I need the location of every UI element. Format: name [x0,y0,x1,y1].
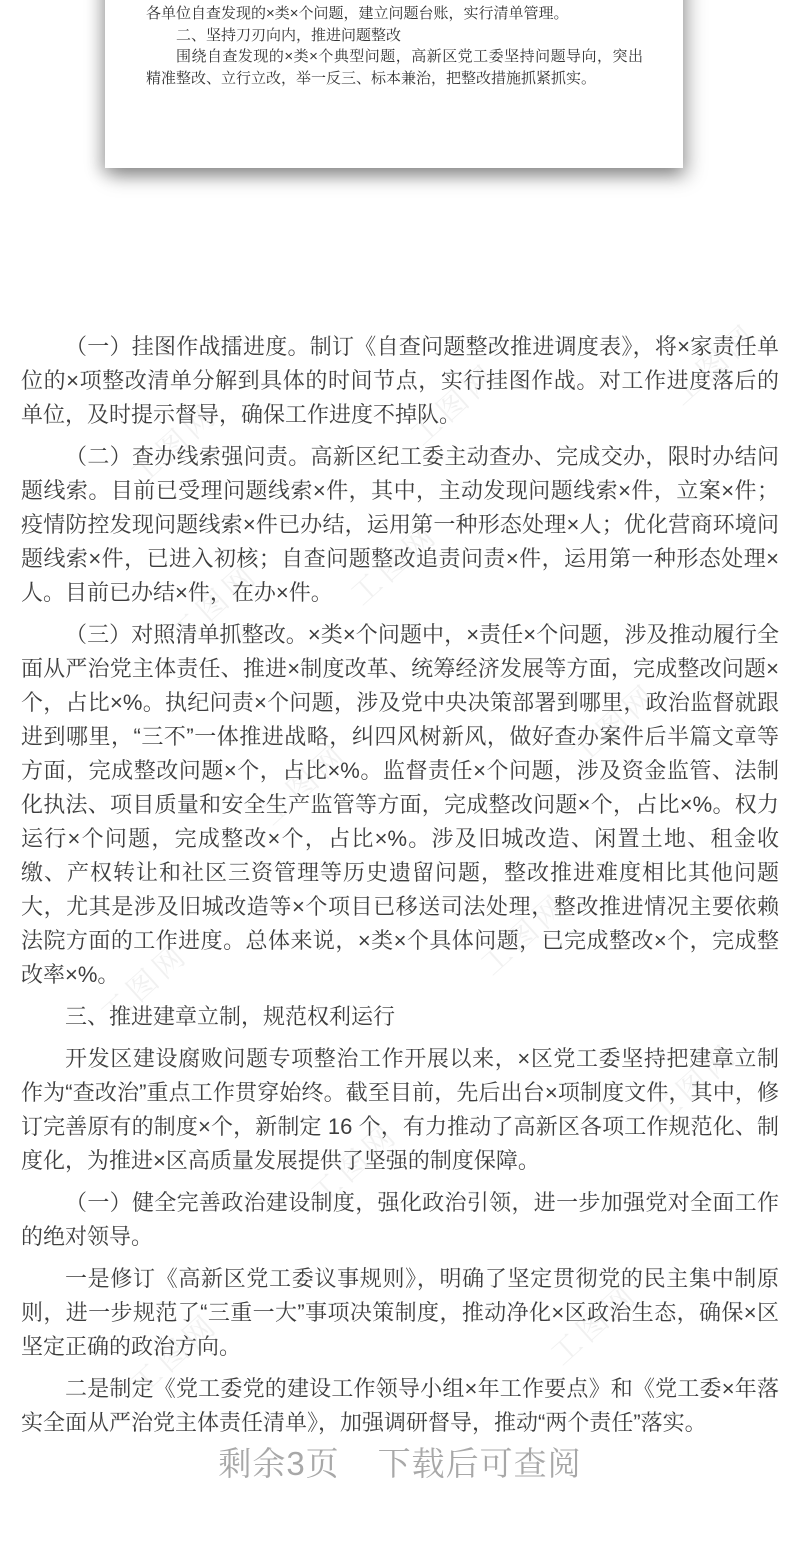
paragraph: 开发区建设腐败问题专项整治工作开展以来，×区党工委坚持把建章立制作为“查改治”重… [21,1042,779,1178]
download-hint-label: 下载后可查阅 [378,1445,582,1482]
document-preview-page: 各单位自查发现的×类×个问题，建立问题台账，实行清单管理。 二、坚持刀刃向内，推… [105,0,683,168]
remaining-pages-label: 剩余3页 [218,1445,339,1482]
preview-footer: 剩余3页下载后可查阅 [0,1444,800,1484]
paragraph: （三）对照清单抓整改。×类×个问题中，×责任×个问题，涉及推动履行全面从严治党主… [21,618,779,992]
paragraph: （二）查办线索强问责。高新区纪工委主动查办、完成交办，限时办结问题线索。目前已受… [21,440,779,610]
preview-section-heading: 二、坚持刀刃向内，推进问题整改 [146,25,643,47]
preview-text-line: 围绕自查发现的×类×个典型问题，高新区党工委坚持问题导向，突出精准整改、立行立改… [146,46,643,89]
paragraph: 一是修订《高新区党工委议事规则》，明确了坚定贯彻党的民主集中制原则，进一步规范了… [21,1262,779,1364]
preview-text-line: 各单位自查发现的×类×个问题，建立问题台账，实行清单管理。 [146,3,643,25]
section-heading: 三、推进建章立制，规范权利运行 [21,1000,779,1034]
paragraph: 二是制定《党工委党的建设工作领导小组×年工作要点》和《党工委×年落实全面从严治党… [21,1372,779,1440]
document-body: （一）挂图作战擂进度。制订《自查问题整改推进调度表》，将×家责任单位的×项整改清… [0,330,800,1448]
paragraph: （一）挂图作战擂进度。制订《自查问题整改推进调度表》，将×家责任单位的×项整改清… [21,330,779,432]
paragraph: （一）健全完善政治建设制度，强化政治引领，进一步加强党对全面工作的绝对领导。 [21,1186,779,1254]
